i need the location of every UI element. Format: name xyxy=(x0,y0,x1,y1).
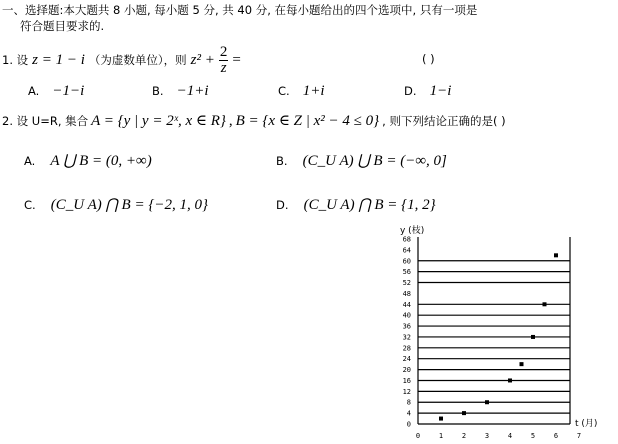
y-tick-label: 12 xyxy=(403,388,411,396)
q1-option-d[interactable]: D. 1−i xyxy=(404,80,451,100)
data-point xyxy=(485,400,489,404)
y-tick-label: 52 xyxy=(403,279,411,287)
y-tick-label: 68 xyxy=(403,236,411,244)
y-tick-label: 36 xyxy=(403,323,411,331)
q1-number: 1. 设 xyxy=(2,52,28,68)
y-tick-label: 4 xyxy=(407,410,411,418)
q1-expr-pre: z² + xyxy=(191,52,215,69)
q2-stem-pre: 2. 设 U=R, 集合 xyxy=(2,113,88,129)
y-tick-label: 20 xyxy=(403,366,411,374)
q2-option-a[interactable]: A. A ⋃ B = (0, +∞) xyxy=(24,150,152,170)
q2-set-b: B = {x ∈ Z | x² − 4 ≤ 0} xyxy=(236,111,380,130)
x-tick-label: 6 xyxy=(554,432,558,440)
y-tick-label: 24 xyxy=(403,355,411,363)
q1-fraction: 2 z xyxy=(219,45,229,76)
x-tick-label: 2 xyxy=(462,432,466,440)
y-tick-label: 8 xyxy=(407,399,411,407)
y-tick-label: 16 xyxy=(403,377,411,385)
x-tick-label: 4 xyxy=(508,432,512,440)
q1-note: （为虚数单位），则 xyxy=(89,52,187,68)
x-tick-label: 0 xyxy=(416,432,420,440)
q1-option-a[interactable]: A. −1−i xyxy=(28,80,84,100)
data-point xyxy=(543,302,547,306)
q2-option-b[interactable]: B. (C_U A) ⋃ B = (−∞, 0] xyxy=(276,150,447,170)
section-title-line1: 一、选择题:本大题共 8 小题, 每小题 5 分, 共 40 分, 在每小题给出… xyxy=(2,2,477,18)
q1-frac-num: 2 xyxy=(219,45,229,61)
chart-canvas: y (枝)04812162024283236404448525660646801… xyxy=(392,222,618,444)
q1-z-definition: z = 1 − i xyxy=(32,52,85,69)
q2-separator: , xyxy=(229,113,233,130)
y-tick-label: 60 xyxy=(403,257,411,265)
x-tick-label: 7 xyxy=(577,432,581,440)
q2-stem-post: , 则下列结论正确的是( ) xyxy=(382,113,505,129)
y-tick-label: 32 xyxy=(403,333,411,341)
x-tick-label: 5 xyxy=(531,432,535,440)
q2-option-c[interactable]: C. (C_U A) ⋂ B = {−2, 1, 0} xyxy=(24,194,208,214)
q1-option-b[interactable]: B. −1+i xyxy=(152,80,209,100)
q2-set-a: A = {y | y = 2ˣ, x ∈ R} xyxy=(91,111,226,130)
y-tick-label: 56 xyxy=(403,268,411,276)
y-tick-label: 48 xyxy=(403,290,411,298)
y-axis-label: y (枝) xyxy=(400,224,424,236)
question-2-stem: 2. 设 U=R, 集合 A = {y | y = 2ˣ, x ∈ R} , B… xyxy=(2,111,506,130)
scatter-chart: y (枝)04812162024283236404448525660646801… xyxy=(392,222,618,444)
section-title-line2: 符合题目要求的. xyxy=(20,18,104,34)
q1-answer-bracket: ( ) xyxy=(422,52,435,66)
y-tick-label: 0 xyxy=(407,421,411,429)
q1-option-c[interactable]: C. 1+i xyxy=(278,80,325,100)
data-point xyxy=(554,253,558,257)
question-1-stem: 1. 设 z = 1 − i （为虚数单位），则 z² + 2 z = xyxy=(2,40,241,80)
x-tick-label: 1 xyxy=(439,432,443,440)
data-point xyxy=(508,378,512,382)
data-point xyxy=(439,417,443,421)
q1-expr-post: = xyxy=(232,52,240,69)
data-point xyxy=(462,411,466,415)
x-axis-label: t (月) xyxy=(575,418,597,429)
y-tick-label: 40 xyxy=(403,312,411,320)
q2-option-d[interactable]: D. (C_U A) ⋂ B = {1, 2} xyxy=(276,194,436,214)
data-point xyxy=(520,362,524,366)
data-point xyxy=(531,335,535,339)
x-tick-label: 3 xyxy=(485,432,489,440)
y-tick-label: 44 xyxy=(403,301,411,309)
y-tick-label: 28 xyxy=(403,344,411,352)
y-tick-label: 64 xyxy=(403,246,411,254)
q1-frac-den: z xyxy=(219,61,229,76)
